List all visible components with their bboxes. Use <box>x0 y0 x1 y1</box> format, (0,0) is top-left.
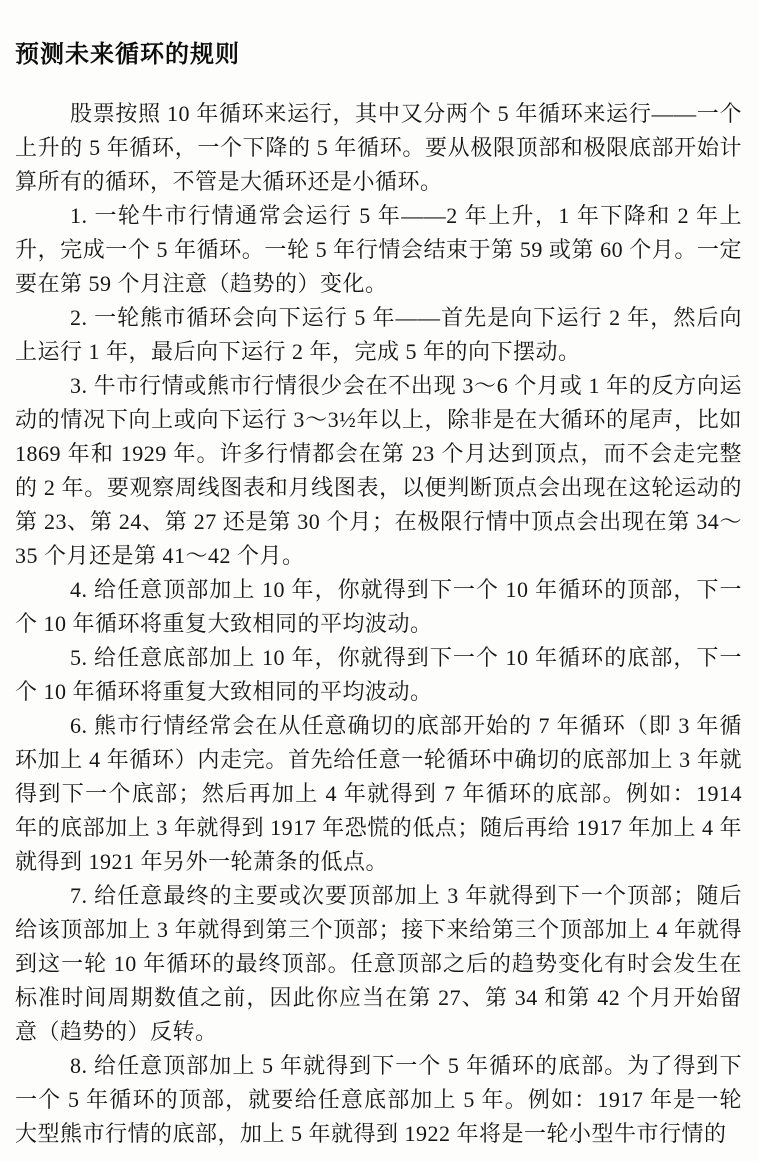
body-text: 股票按照 10 年循环来运行，其中又分两个 5 年循环来运行——一个上升的 5 … <box>15 97 742 1151</box>
rule-5-paragraph: 5. 给任意底部加上 10 年，你就得到下一个 10 年循环的底部，下一个 10… <box>15 641 742 709</box>
rule-8-paragraph: 8. 给任意顶部加上 5 年就得到下一个 5 年循环的底部。为了得到下一个 5 … <box>15 1049 742 1151</box>
rule-6-paragraph: 6. 熊市行情经常会在从任意确切的底部开始的 7 年循环（即 3 年循环加上 4… <box>15 709 742 879</box>
rule-4-paragraph: 4. 给任意顶部加上 10 年，你就得到下一个 10 年循环的顶部，下一个 10… <box>15 573 742 641</box>
rule-7-paragraph: 7. 给任意最终的主要或次要顶部加上 3 年就得到下一个顶部；随后给该顶部加上 … <box>15 879 742 1049</box>
intro-paragraph: 股票按照 10 年循环来运行，其中又分两个 5 年循环来运行——一个上升的 5 … <box>15 97 742 199</box>
rule-2-paragraph: 2. 一轮熊市循环会向下运行 5 年——首先是向下运行 2 年，然后向上运行 1… <box>15 301 742 369</box>
book-page: 预测未来循环的规则 股票按照 10 年循环来运行，其中又分两个 5 年循环来运行… <box>0 0 758 1162</box>
rule-3-paragraph: 3. 牛市行情或熊市行情很少会在不出现 3～6 个月或 1 年的反方向运动的情况… <box>15 369 742 573</box>
rule-1-paragraph: 1. 一轮牛市行情通常会运行 5 年——2 年上升，1 年下降和 2 年上升，完… <box>15 199 742 301</box>
page-title: 预测未来循环的规则 <box>15 34 742 69</box>
